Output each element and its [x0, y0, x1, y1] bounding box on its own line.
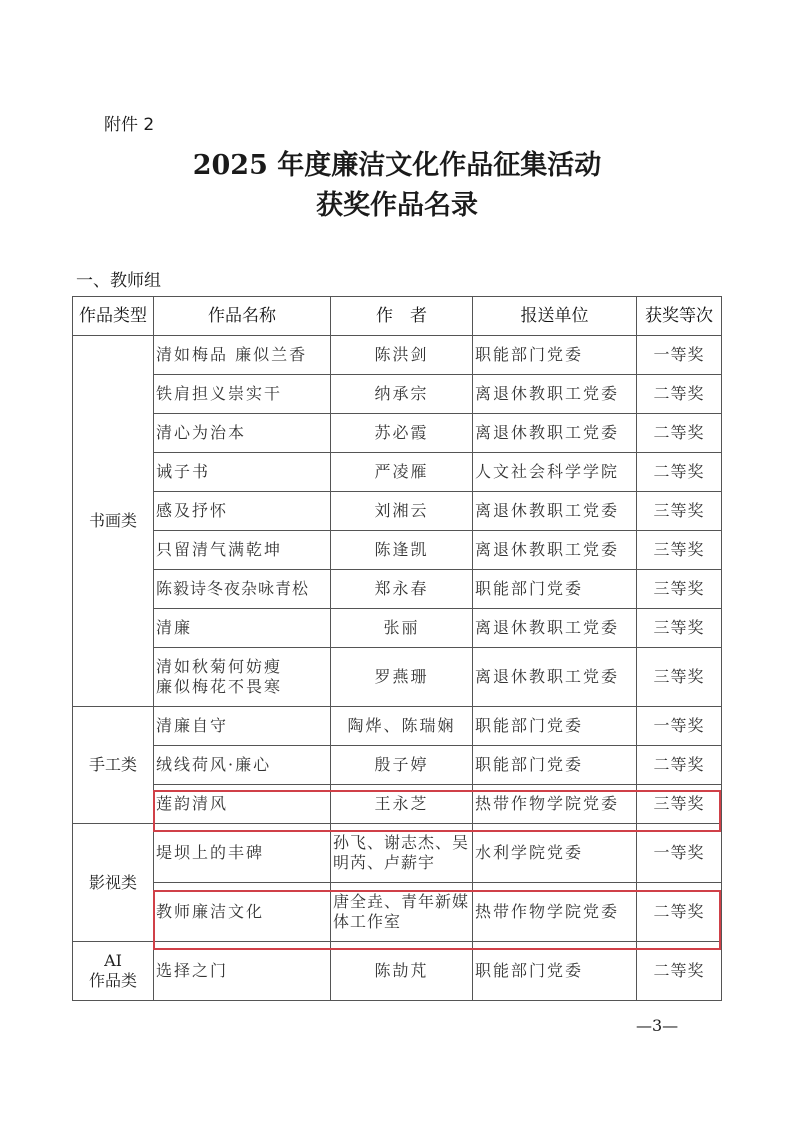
- page-number: —3—: [636, 1016, 678, 1035]
- award: 二等奖: [637, 375, 722, 414]
- work-name: 感及抒怀: [154, 492, 331, 531]
- award: 三等奖: [637, 492, 722, 531]
- award: 一等奖: [637, 707, 722, 746]
- table-row: 诫子书 严凌雁 人文社会科学学院 二等奖: [73, 453, 722, 492]
- document-title-line1: 2025 年度廉洁文化作品征集活动: [0, 143, 794, 182]
- col-header-type: 作品类型: [73, 297, 154, 336]
- work-name: 只留清气满乾坤: [154, 531, 331, 570]
- table-row: 铁肩担义崇实干 纳承宗 离退休教职工党委 二等奖: [73, 375, 722, 414]
- award: 三等奖: [637, 531, 722, 570]
- unit: 离退休教职工党委: [473, 609, 637, 648]
- attachment-label: 附件 2: [104, 110, 154, 135]
- table-row: 感及抒怀 刘湘云 离退休教职工党委 三等奖: [73, 492, 722, 531]
- award: 三等奖: [637, 570, 722, 609]
- author: 严凌雁: [331, 453, 473, 492]
- table-row: 清如秋菊何妨瘦 廉似梅花不畏寒 罗燕珊 离退休教职工党委 三等奖: [73, 648, 722, 707]
- author: 张丽: [331, 609, 473, 648]
- author-line2: 体工作室: [333, 912, 470, 932]
- unit: 热带作物学院党委: [473, 883, 637, 942]
- award: 三等奖: [637, 609, 722, 648]
- table-row: 清廉 张丽 离退休教职工党委 三等奖: [73, 609, 722, 648]
- table-row: 手工类 清廉自守 陶烨、陈瑞娴 职能部门党委 一等奖: [73, 707, 722, 746]
- category-cell: 手工类: [73, 707, 154, 824]
- table-row: 绒线荷风·廉心 殷子婷 职能部门党委 二等奖: [73, 746, 722, 785]
- work-name: 清廉: [154, 609, 331, 648]
- unit: 离退休教职工党委: [473, 375, 637, 414]
- award: 二等奖: [637, 414, 722, 453]
- unit: 职能部门党委: [473, 707, 637, 746]
- author: 孙飞、谢志杰、吴 明芮、卢薪宇: [331, 824, 473, 883]
- author: 唐全垚、青年新媒 体工作室: [331, 883, 473, 942]
- award: 二等奖: [637, 883, 722, 942]
- award: 三等奖: [637, 785, 722, 824]
- award: 二等奖: [637, 942, 722, 1001]
- unit: 离退休教职工党委: [473, 492, 637, 531]
- table-row: 陈毅诗冬夜杂咏青松 郑永春 职能部门党委 三等奖: [73, 570, 722, 609]
- category-line1: AI: [75, 951, 151, 971]
- work-name: 选择之门: [154, 942, 331, 1001]
- work-name: 诫子书: [154, 453, 331, 492]
- award: 二等奖: [637, 746, 722, 785]
- award: 一等奖: [637, 336, 722, 375]
- work-name: 清如秋菊何妨瘦 廉似梅花不畏寒: [154, 648, 331, 707]
- table-header-row: 作品类型 作品名称 作 者 报送单位 获奖等次: [73, 297, 722, 336]
- author: 陶烨、陈瑞娴: [331, 707, 473, 746]
- col-header-name: 作品名称: [154, 297, 331, 336]
- author-line1: 孙飞、谢志杰、吴: [333, 833, 470, 853]
- table-row: 清心为治本 苏必霞 离退休教职工党委 二等奖: [73, 414, 722, 453]
- unit: 离退休教职工党委: [473, 531, 637, 570]
- document-title-line2: 获奖作品名录: [0, 183, 794, 222]
- award: 一等奖: [637, 824, 722, 883]
- author: 刘湘云: [331, 492, 473, 531]
- table-row-highlighted: 教师廉洁文化 唐全垚、青年新媒 体工作室 热带作物学院党委 二等奖: [73, 883, 722, 942]
- table-row: 只留清气满乾坤 陈逢凯 离退休教职工党委 三等奖: [73, 531, 722, 570]
- col-header-unit: 报送单位: [473, 297, 637, 336]
- unit: 职能部门党委: [473, 942, 637, 1001]
- author: 殷子婷: [331, 746, 473, 785]
- work-name: 堤坝上的丰碑: [154, 824, 331, 883]
- unit: 职能部门党委: [473, 570, 637, 609]
- section-title: 一、教师组: [76, 266, 161, 291]
- author: 罗燕珊: [331, 648, 473, 707]
- author: 苏必霞: [331, 414, 473, 453]
- award: 三等奖: [637, 648, 722, 707]
- author: 郑永春: [331, 570, 473, 609]
- category-cell: AI 作品类: [73, 942, 154, 1001]
- category-line2: 作品类: [75, 971, 151, 991]
- work-name: 绒线荷风·廉心: [154, 746, 331, 785]
- col-header-award: 获奖等次: [637, 297, 722, 336]
- work-name-line2: 廉似梅花不畏寒: [156, 677, 328, 697]
- author: 陈劼芃: [331, 942, 473, 1001]
- unit: 职能部门党委: [473, 746, 637, 785]
- author-line2: 明芮、卢薪宇: [333, 853, 470, 873]
- unit: 离退休教职工党委: [473, 648, 637, 707]
- work-name: 清廉自守: [154, 707, 331, 746]
- category-cell: 影视类: [73, 824, 154, 942]
- table-row: 影视类 堤坝上的丰碑 孙飞、谢志杰、吴 明芮、卢薪宇 水利学院党委 一等奖: [73, 824, 722, 883]
- work-name: 莲韵清风: [154, 785, 331, 824]
- work-name: 铁肩担义崇实干: [154, 375, 331, 414]
- award: 二等奖: [637, 453, 722, 492]
- unit: 离退休教职工党委: [473, 414, 637, 453]
- work-name: 教师廉洁文化: [154, 883, 331, 942]
- col-header-author: 作 者: [331, 297, 473, 336]
- category-cell: 书画类: [73, 336, 154, 707]
- work-name: 陈毅诗冬夜杂咏青松: [154, 570, 331, 609]
- unit: 水利学院党委: [473, 824, 637, 883]
- awards-table: 作品类型 作品名称 作 者 报送单位 获奖等次 书画类 清如梅品 廉似兰香 陈洪…: [72, 296, 722, 1001]
- unit: 热带作物学院党委: [473, 785, 637, 824]
- work-name: 清心为治本: [154, 414, 331, 453]
- work-name: 清如梅品 廉似兰香: [154, 336, 331, 375]
- author: 陈洪剑: [331, 336, 473, 375]
- unit: 职能部门党委: [473, 336, 637, 375]
- table-row: 书画类 清如梅品 廉似兰香 陈洪剑 职能部门党委 一等奖: [73, 336, 722, 375]
- author: 纳承宗: [331, 375, 473, 414]
- author: 王永芝: [331, 785, 473, 824]
- table-row: AI 作品类 选择之门 陈劼芃 职能部门党委 二等奖: [73, 942, 722, 1001]
- author: 陈逢凯: [331, 531, 473, 570]
- author-line1: 唐全垚、青年新媒: [333, 892, 470, 912]
- table-row-highlighted: 莲韵清风 王永芝 热带作物学院党委 三等奖: [73, 785, 722, 824]
- work-name-line1: 清如秋菊何妨瘦: [156, 657, 328, 677]
- unit: 人文社会科学学院: [473, 453, 637, 492]
